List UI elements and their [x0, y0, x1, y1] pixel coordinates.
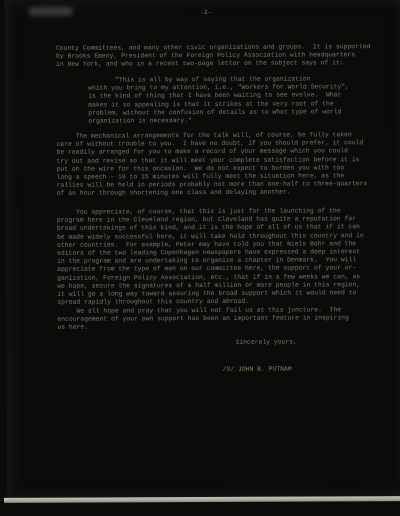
- paragraph-arrangements: The mechanical arrangements for the talk…: [56, 131, 367, 198]
- signature-line: /S/ JOHN B. PUTNAM: [223, 366, 292, 375]
- block-quote: "This is all by way of saying that the o…: [88, 75, 349, 126]
- scanned-letter-page: -2- County Committees, and many other ci…: [0, 0, 400, 516]
- letter-paper: -2- County Committees, and many other ci…: [5, 0, 400, 500]
- paragraph-cleveland: You appreciate, of course, that this is …: [57, 207, 364, 307]
- page-number: -2-: [5, 8, 400, 18]
- paragraph-closing: We all hope and pray that you will not f…: [57, 306, 349, 332]
- closing-salutation: Sincerely yours,: [235, 339, 296, 348]
- paragraph-intro: County Committees, and many other civic …: [56, 43, 371, 69]
